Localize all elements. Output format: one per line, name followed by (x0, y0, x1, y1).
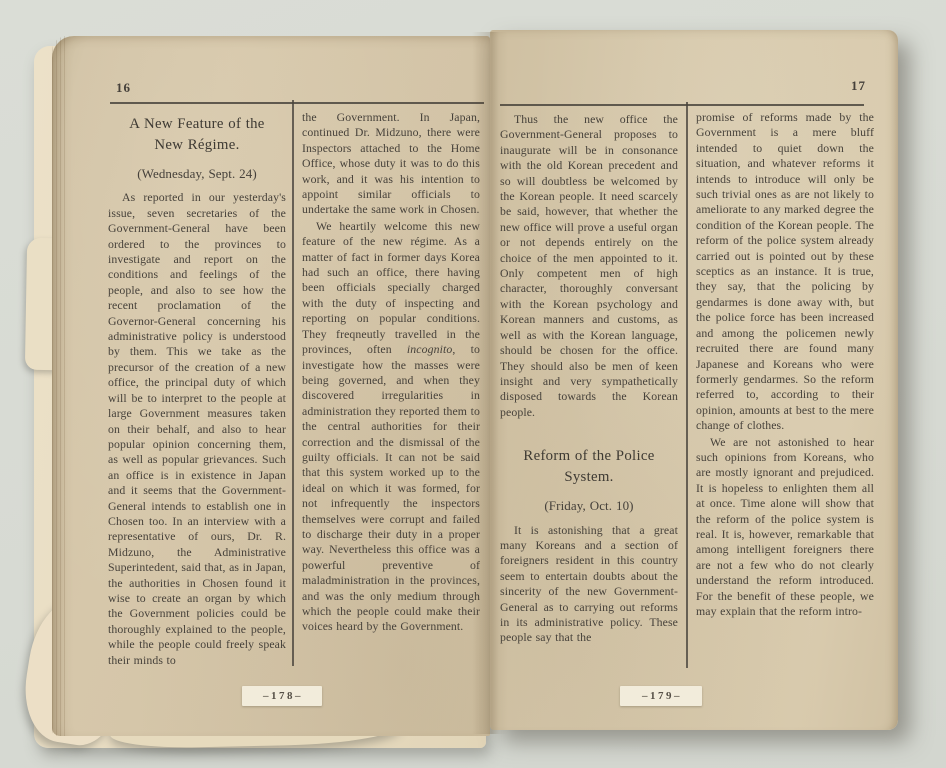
body-paragraph: As reported in our yesterday's issue, se… (108, 190, 286, 668)
left-page: 16 A New Feature of the New Régime. (Wed… (52, 36, 490, 736)
folio-number: –178– (263, 690, 303, 702)
header-rule-right (500, 104, 864, 106)
body-paragraph: We heartily welcome this new feature of … (302, 219, 480, 635)
page-number-left: 16 (116, 80, 131, 96)
right-page: 17 Thus the new office the Government-Ge… (490, 30, 898, 730)
body-paragraph: promise of reforms made by the Governmen… (696, 110, 874, 434)
left-page-column-2: the Government. In Japan, continued Dr. … (302, 110, 480, 682)
body-paragraph: It is astonishing that a great many Kore… (500, 523, 678, 646)
right-page-column-2: promise of reforms made by the Governmen… (696, 110, 874, 682)
body-paragraph: the Government. In Japan, continued Dr. … (302, 110, 480, 218)
body-paragraph: We are not astonished to hear such opini… (696, 435, 874, 620)
italic-word: incognito (407, 342, 452, 356)
page-footer-label: –179– (620, 686, 702, 706)
folio-number: –179– (642, 690, 682, 702)
page-number-right: 17 (851, 78, 866, 94)
column-divider-left (292, 100, 294, 666)
header-rule-left (110, 102, 484, 104)
column-divider-right (686, 102, 688, 668)
article-dateline: (Friday, Oct. 10) (500, 498, 678, 513)
book-photograph: 16 A New Feature of the New Régime. (Wed… (0, 0, 946, 768)
page-footer-label: –178– (242, 686, 322, 706)
paragraph-text: , to investigate how the masses were bei… (302, 342, 480, 633)
left-page-column-1: A New Feature of the New Régime. (Wednes… (108, 112, 286, 684)
article-dateline: (Wednesday, Sept. 24) (108, 166, 286, 181)
article-title: A New Feature of the New Régime. (114, 114, 280, 156)
article-title: Reform of the Police System. (506, 446, 672, 488)
right-page-column-1: Thus the new office the Government-Gener… (500, 112, 678, 684)
paragraph-text: We heartily welcome this new feature of … (302, 219, 480, 356)
body-paragraph: Thus the new office the Government-Gener… (500, 112, 678, 420)
